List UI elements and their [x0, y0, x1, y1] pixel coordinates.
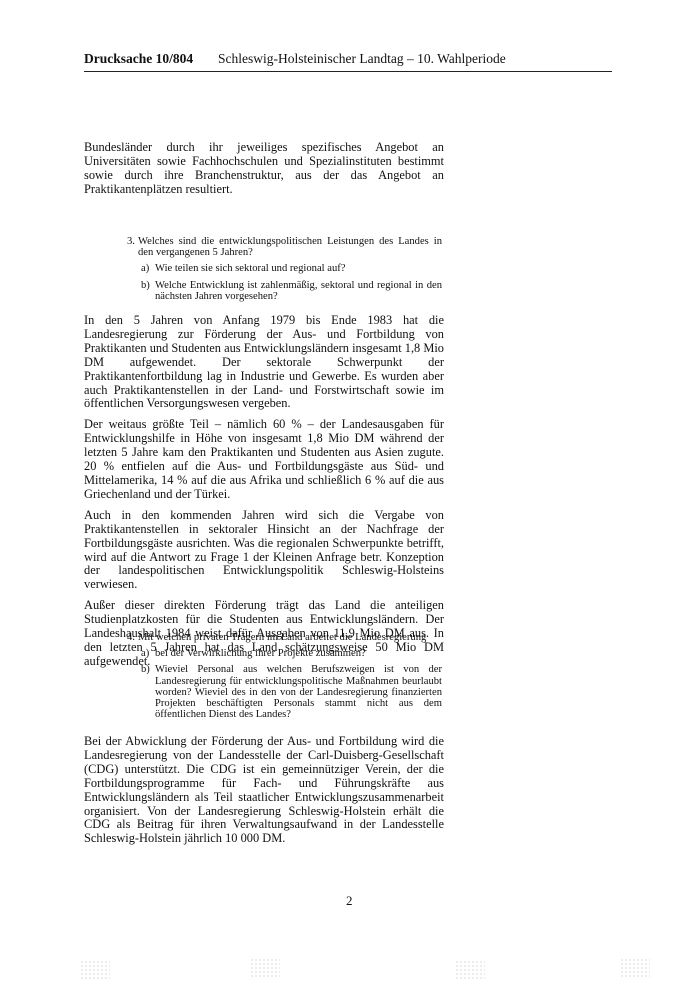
answer-paragraph: Auch in den kommenden Jahren wird sich d… [84, 509, 444, 592]
answer-paragraph: In den 5 Jahren von Anfang 1979 bis Ende… [84, 314, 444, 411]
question-4-main: 4.Mit welchen privaten Trägern im Land a… [127, 632, 442, 643]
page-header: Drucksache 10/804 Schleswig-Holsteinisch… [84, 51, 612, 69]
scan-noise [620, 958, 650, 978]
scan-noise [80, 960, 110, 980]
question-4-sub-a: a)bei der Verwirklichung ihrer Projekte … [141, 648, 442, 659]
scan-noise [455, 960, 485, 980]
question-4-sub-b: b)Wieviel Personal aus welchen Berufszwe… [141, 664, 442, 720]
header-rule [84, 71, 612, 72]
intro-section: Bundesländer durch ihr jeweiliges spezif… [84, 141, 444, 204]
question-number: 3. [127, 236, 138, 247]
question-3: 3.Welches sind die entwicklungspolitisch… [127, 236, 442, 307]
question-3-main: 3.Welches sind die entwicklungspolitisch… [127, 236, 442, 258]
question-text: Mit welchen privaten Trägern im Land arb… [138, 632, 426, 643]
sub-text: Welche Entwicklung ist zahlenmäßig, sekt… [155, 280, 442, 302]
sub-text: bei der Verwirklichung ihrer Projekte zu… [155, 648, 366, 659]
answer-paragraph: Der weitaus größte Teil – nämlich 60 % –… [84, 418, 444, 501]
answer-paragraph: Bei der Abwicklung der Förderung der Aus… [84, 735, 444, 846]
sub-label: b) [141, 664, 155, 675]
question-4: 4.Mit welchen privaten Trägern im Land a… [127, 632, 442, 725]
scan-noise [250, 958, 280, 978]
sub-label: a) [141, 263, 155, 274]
page-number: 2 [346, 893, 353, 909]
intro-paragraph: Bundesländer durch ihr jeweiliges spezif… [84, 141, 444, 197]
question-3-sub-b: b)Welche Entwicklung ist zahlenmäßig, se… [141, 280, 442, 302]
question-text: Welches sind die entwicklungspolitischen… [138, 236, 442, 258]
sub-label: a) [141, 648, 155, 659]
answer-3: In den 5 Jahren von Anfang 1979 bis Ende… [84, 314, 444, 676]
document-number: Drucksache 10/804 [84, 51, 193, 67]
question-3-sub-a: a)Wie teilen sie sich sektoral und regio… [141, 263, 442, 274]
question-number: 4. [127, 632, 138, 643]
answer-4: Bei der Abwicklung der Förderung der Aus… [84, 735, 444, 853]
document-header-title: Schleswig-Holsteinischer Landtag – 10. W… [218, 51, 506, 67]
sub-text: Wieviel Personal aus welchen Berufszweig… [155, 664, 442, 720]
sub-label: b) [141, 280, 155, 291]
sub-text: Wie teilen sie sich sektoral und regiona… [155, 263, 346, 274]
